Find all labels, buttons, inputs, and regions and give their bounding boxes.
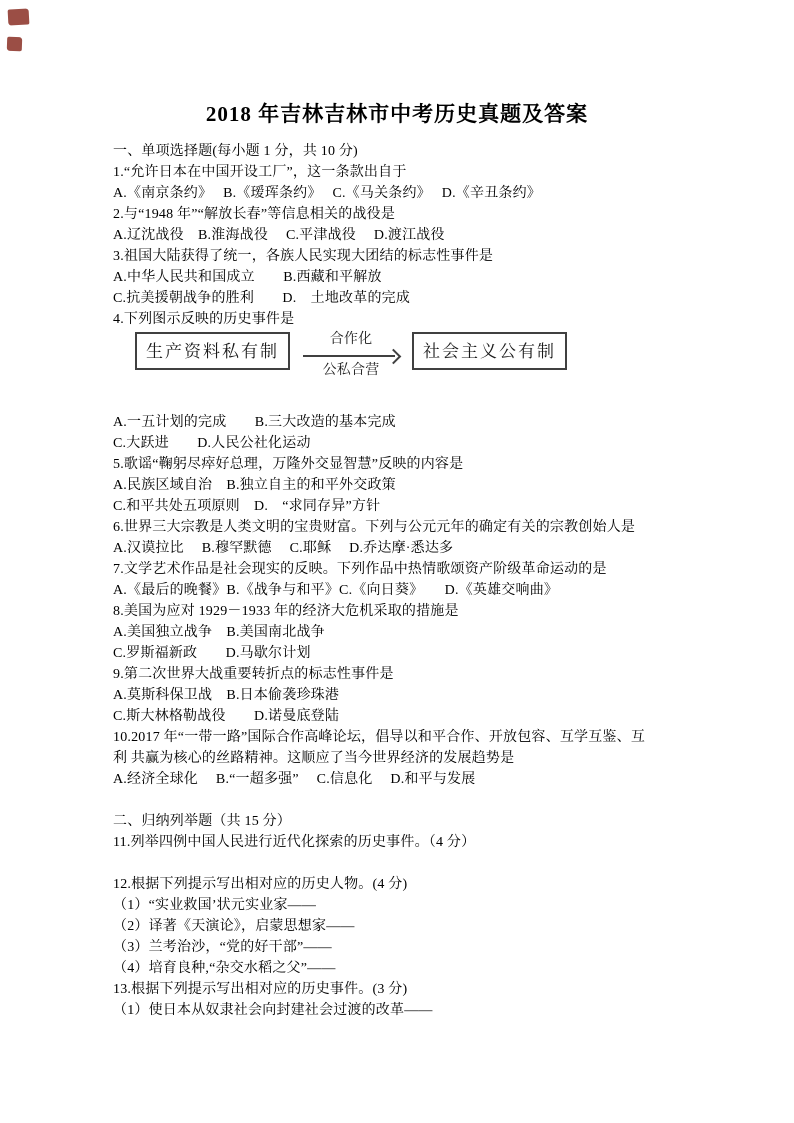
text-line: 9.第二次世界大战重要转折点的标志性事件是 [113,664,733,685]
text-line: A.民族区域自治 B.独立自主的和平外交政策 [113,475,733,496]
text-line: A.中华人民共和国成立 B.西藏和平解放 [113,267,733,288]
text-line: 3.祖国大陆获得了统一，各族人民实现大团结的标志性事件是 [113,246,733,267]
multiple-choice-section-lines: 一、单项选择题(每小题 1 分，共 10 分)1.“允许日本在中国开设工厂”，这… [113,141,733,330]
text-line: C.罗斯福新政 D.马歇尔计划 [113,643,733,664]
text-line: 8.美国为应对 1929－1933 年的经济大危机采取的措施是 [113,601,733,622]
text-line: （2）译著《天演论》，启蒙思想家—— [113,916,733,937]
text-line: （1）“实业救国’状元实业家—— [113,895,733,916]
text-line: 4.下列图示反映的历史事件是 [113,309,733,330]
arrow-bottom-label: 公私合营 [323,363,380,379]
text-line: A.《最后的晚餐》B.《战争与和平》C.《向日葵》 D.《英雄交响曲》 [113,580,733,601]
text-line: A.汉谟拉比 B.穆罕默德 C.耶稣 D.乔达摩·悉达多 [113,538,733,559]
text-line [113,853,733,874]
text-line: A.《南京条约》 B.《瑷珲条约》 C.《马关条约》 D.《辛丑条约》 [113,183,733,204]
arrow-head [386,349,402,365]
text-line: 一、单项选择题(每小题 1 分，共 10 分) [113,141,733,162]
red-stamp-mark-2-icon [7,37,22,52]
text-line: C.和平共处五项原则 D. “求同存异”方针 [113,496,733,517]
remaining-sections-lines: A.一五计划的完成 B.三大改造的基本完成C.大跃进 D.人民公社化运动5.歌谣… [113,412,733,1021]
exam-page: 2018 年吉林吉林市中考历史真题及答案 一、单项选择题(每小题 1 分，共 1… [0,0,794,1123]
text-line: C.斯大林格勒战役 D.诺曼底登陆 [113,706,733,727]
text-line: 利 共赢为核心的丝路精神。这顺应了当今世界经济的发展趋势是 [113,748,733,769]
text-line: 7.文学艺术作品是社会现实的反映。下列作品中热情歌颂资产阶级革命运动的是 [113,559,733,580]
text-line: A.美国独立战争 B.美国南北战争 [113,622,733,643]
document-title: 2018 年吉林吉林市中考历史真题及答案 [0,101,794,127]
diagram-arrow-group: 合作化 公私合营 [290,332,412,379]
text-line: A.经济全球化 B.“一超多强” C.信息化 D.和平与发展 [113,769,733,790]
text-line: 1.“允许日本在中国开设工厂”，这一条款出自于 [113,162,733,183]
document-body: 一、单项选择题(每小题 1 分，共 10 分)1.“允许日本在中国开设工厂”，这… [113,141,733,1021]
text-line: 13.根据下列提示写出相对应的历史事件。(3 分) [113,979,733,1000]
text-line: C.大跃进 D.人民公社化运动 [113,433,733,454]
arrow-top-label: 合作化 [330,332,373,348]
text-line: 6.世界三大宗教是人类文明的宝贵财富。下列与公元元年的确定有关的宗教创始人是 [113,517,733,538]
red-stamp-mark-icon [8,8,30,25]
right-arrow-icon [303,350,399,362]
diagram-left-box: 生产资料私有制 [135,332,290,370]
question4-diagram: 生产资料私有制 合作化 公私合营 社会主义公有制 [113,330,733,412]
text-line: C.抗美援朝战争的胜利 D. 土地改革的完成 [113,288,733,309]
arrow-shaft [303,355,395,357]
text-line: （3）兰考治沙，“党的好干部”—— [113,937,733,958]
text-line: （4）培育良种,“杂交水稻之父”—— [113,958,733,979]
text-line: 10.2017 年“一带一路”国际合作高峰论坛，倡导以和平合作、开放包容、互学互… [113,727,733,748]
text-line: A.一五计划的完成 B.三大改造的基本完成 [113,412,733,433]
text-line: （1）使日本从奴隶社会向封建社会过渡的改革—— [113,1000,733,1021]
text-line: 2.与“1948 年”“解放长春”等信息相关的战役是 [113,204,733,225]
text-line: A.辽沈战役 B.淮海战役 C.平津战役 D.渡江战役 [113,225,733,246]
text-line: 11.列举四例中国人民进行近代化探索的历史事件。（4 分） [113,832,733,853]
text-line: 5.歌谣“鞠躬尽瘁好总理，万隆外交显智慧”反映的内容是 [113,454,733,475]
text-line: A.莫斯科保卫战 B.日本偷袭珍珠港 [113,685,733,706]
diagram-right-box: 社会主义公有制 [412,332,567,370]
text-line: 12.根据下列提示写出相对应的历史人物。(4 分) [113,874,733,895]
text-line: 二、归纳列举题（共 15 分） [113,811,733,832]
text-line [113,790,733,811]
